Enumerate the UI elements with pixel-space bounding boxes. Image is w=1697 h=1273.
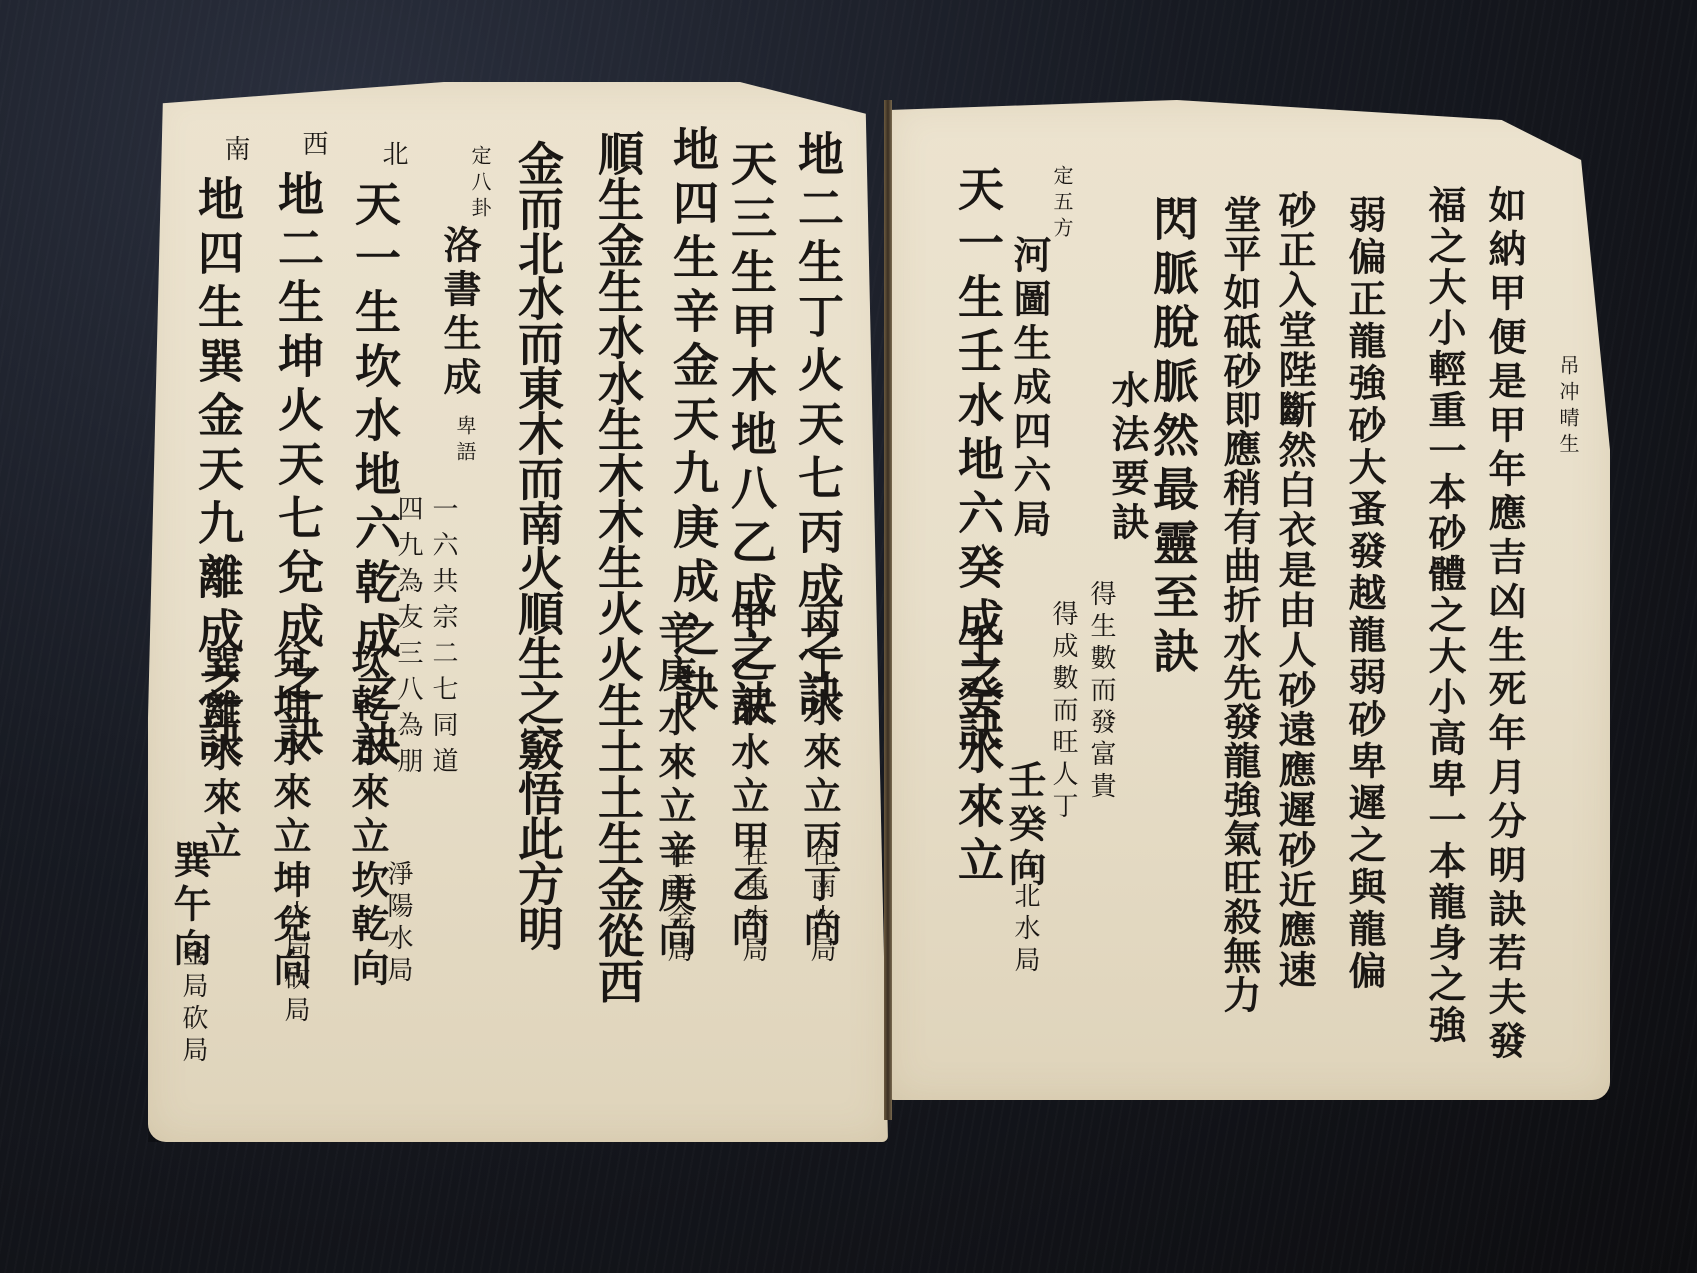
text-column: 弱偏正龍強砂大蚤發越龍弱砂卑遲之與龍偏 — [1345, 195, 1383, 993]
text-column: 順生金生水水生木木生火火生土土生金從西 — [595, 130, 641, 1004]
text-column: 福之大小輕重一本砂體之大小高卑一本龍身之強 — [1425, 185, 1463, 1046]
direction-label-north: 北 — [380, 140, 406, 172]
text-column: 如納甲便是甲年應吉凶生死年月分明訣若夫發 — [1485, 185, 1523, 1065]
section-heading-hetu: 河圖生成四六局 — [1010, 235, 1048, 543]
text-column: 堂平如砥砂即應稍有曲折水先發龍強氣旺殺無力 — [1220, 195, 1258, 1014]
text-column: 得成數而旺人丁 — [1050, 600, 1076, 824]
text-column: 閃脈脫脈然最靈至訣 — [1150, 195, 1196, 681]
text-column: 得生數而發富貴 — [1088, 580, 1114, 804]
margin-note: 吊冲晴生 — [1558, 355, 1578, 459]
direction-label-south: 南 — [222, 135, 248, 167]
text-column: 在東木局 — [740, 840, 766, 968]
section-heading-luoshu: 洛書生成 — [440, 225, 478, 401]
text-column: 金局砍局 — [180, 940, 206, 1068]
section-heading-water-method: 水法要訣 — [1108, 370, 1146, 546]
annotation: 定八卦 — [470, 145, 490, 223]
text-column: 在北水局 — [1012, 850, 1038, 978]
text-column: 巽離水來立 — [200, 645, 238, 865]
text-column: 在西金局 — [665, 840, 691, 968]
text-column: 淨陽水局 — [385, 860, 411, 988]
direction-label-west: 西 — [300, 130, 326, 162]
open-manuscript-book: 吊冲晴生 如納甲便是甲年應吉凶生死年月分明訣若夫發 福之大小輕重一本砂體之大小高… — [0, 0, 1697, 1273]
annotation: 定五方 — [1052, 165, 1072, 243]
text-column: 坎乾水來立坎乾向 — [348, 640, 386, 992]
text-column: 壬癸水來立 — [955, 620, 1001, 890]
text-column: 火局砍局 — [282, 900, 308, 1028]
text-column: 金而北水而東木而南火順生之竅悟此方明 — [515, 140, 561, 950]
text-column: 砂正入堂陛斷然白衣是由人砂遠應遲砂近應速 — [1275, 190, 1313, 990]
text-column: 在南火局 — [808, 840, 834, 968]
book-spine-gutter — [884, 100, 892, 1120]
annotation: 卑語 — [455, 415, 475, 467]
text-column: 一六共宗二七同道 — [430, 495, 456, 783]
